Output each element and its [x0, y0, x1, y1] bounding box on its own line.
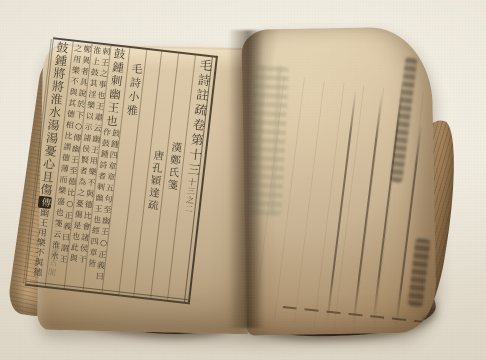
- volume-subtitle: 十三之二: [184, 177, 197, 214]
- ink-bleed-smudge: [422, 314, 434, 330]
- photo-antique-book: 毛詩註疏卷第十三十三之二 漢鄭氏箋 唐孔穎達疏 毛詩小雅 鼓鍾刺幽王也 鼓鍾四章…: [0, 0, 486, 360]
- right-page: [241, 26, 436, 335]
